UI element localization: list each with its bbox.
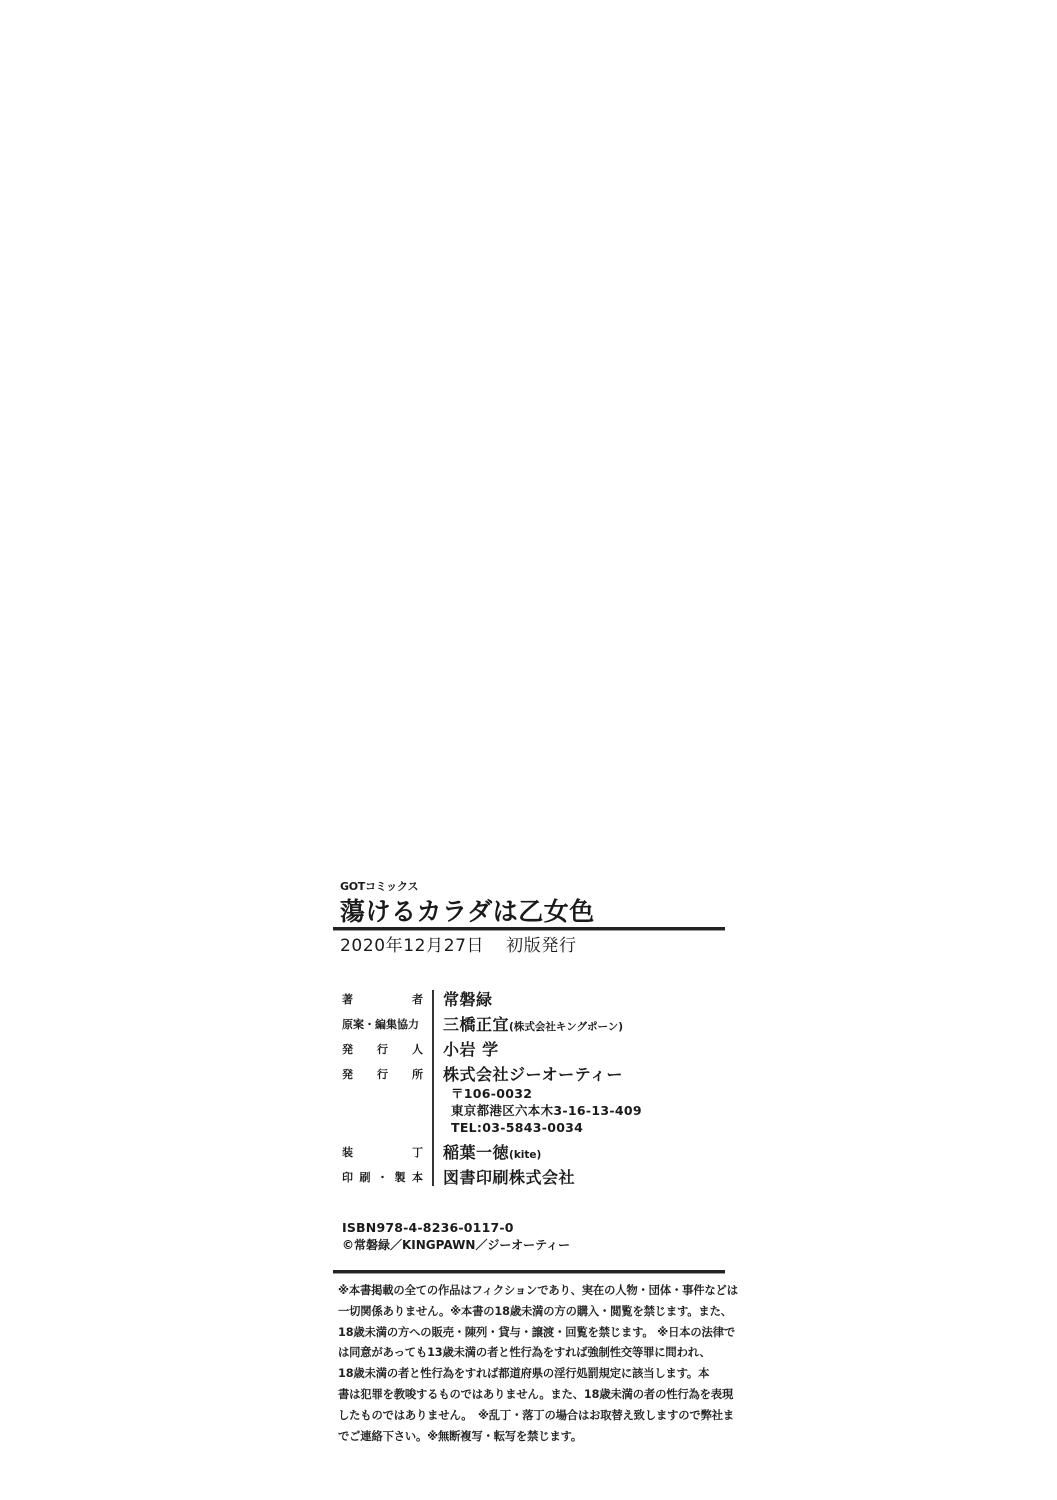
- isbn: ISBN978-4-8236-0117-0: [342, 1220, 514, 1236]
- disclaimer-line: 18歳未満の方への販売・陳列・貸与・譲渡・回覧を禁じます。 ※日本の法律で: [338, 1323, 722, 1344]
- disclaimer-line: 書は犯罪を教唆するものではありません。また、18歳未満の者の性行為を表現: [338, 1385, 722, 1406]
- credits-separator: [432, 990, 434, 1186]
- disclaimer-line: 一切関係ありません。※本書の18歳未満の方の購入・閲覧を禁じます。また、: [338, 1302, 722, 1323]
- credit-label: 装丁: [342, 1145, 423, 1161]
- disclaimer-line: したものではありません。 ※乱丁・落丁の場合はお取替え致しますので弊社ま: [338, 1406, 722, 1427]
- copyright: ©常磐緑／KINGPAWN／ジーオーティー: [342, 1237, 570, 1253]
- credit-affiliation: (株式会社キングポーン): [509, 1021, 623, 1033]
- disclaimer-line: は同意があっても13歳未満の者と性行為をすれば強制性交等罪に問われ、: [338, 1343, 722, 1364]
- disclaimer: ※本書掲載の全ての作品はフィクションであり、実在の人物・団体・事件などは 一切関…: [338, 1281, 722, 1447]
- disclaimer-line: 18歳未満の者と性行為をすれば都道府県の淫行処罰規定に該当します。本: [338, 1364, 722, 1385]
- credit-label: 印刷・製本: [342, 1170, 423, 1186]
- credit-value: 小岩 学: [443, 1040, 499, 1060]
- edition-line: 2020年12月27日初版発行: [340, 935, 577, 957]
- postal-code: 〒106-0032: [451, 1086, 532, 1102]
- credit-value: 稲葉一徳(kite): [443, 1143, 541, 1165]
- credit-affiliation: (kite): [509, 1149, 541, 1161]
- credit-value: 株式会社ジーオーティー: [443, 1065, 623, 1085]
- address: 東京都港区六本木3-16-13-409: [451, 1103, 642, 1119]
- disclaimer-line: ※本書掲載の全ての作品はフィクションであり、実在の人物・団体・事件などは: [338, 1281, 722, 1302]
- credit-label: 発行人: [342, 1042, 423, 1058]
- series-name: GOTコミックス: [340, 880, 418, 894]
- credit-value: 常磐緑: [443, 990, 493, 1010]
- credit-label: 原案・編集協力: [342, 1017, 423, 1033]
- book-title: 蕩けるカラダは乙女色: [340, 897, 595, 927]
- credit-value: 図書印刷株式会社: [443, 1168, 575, 1188]
- publication-date: 2020年12月27日: [340, 936, 484, 956]
- telephone: TEL:03-5843-0034: [451, 1120, 583, 1136]
- disclaimer-divider: [333, 1270, 725, 1273]
- credit-value: 三橋正宜(株式会社キングポーン): [443, 1015, 623, 1037]
- edition-label: 初版発行: [506, 936, 576, 956]
- credit-label: 発行所: [342, 1067, 423, 1083]
- disclaimer-line: でご連絡下さい。※無断複写・転写を禁じます。: [338, 1427, 722, 1448]
- title-divider: [333, 927, 725, 930]
- credit-label: 著者: [342, 992, 423, 1008]
